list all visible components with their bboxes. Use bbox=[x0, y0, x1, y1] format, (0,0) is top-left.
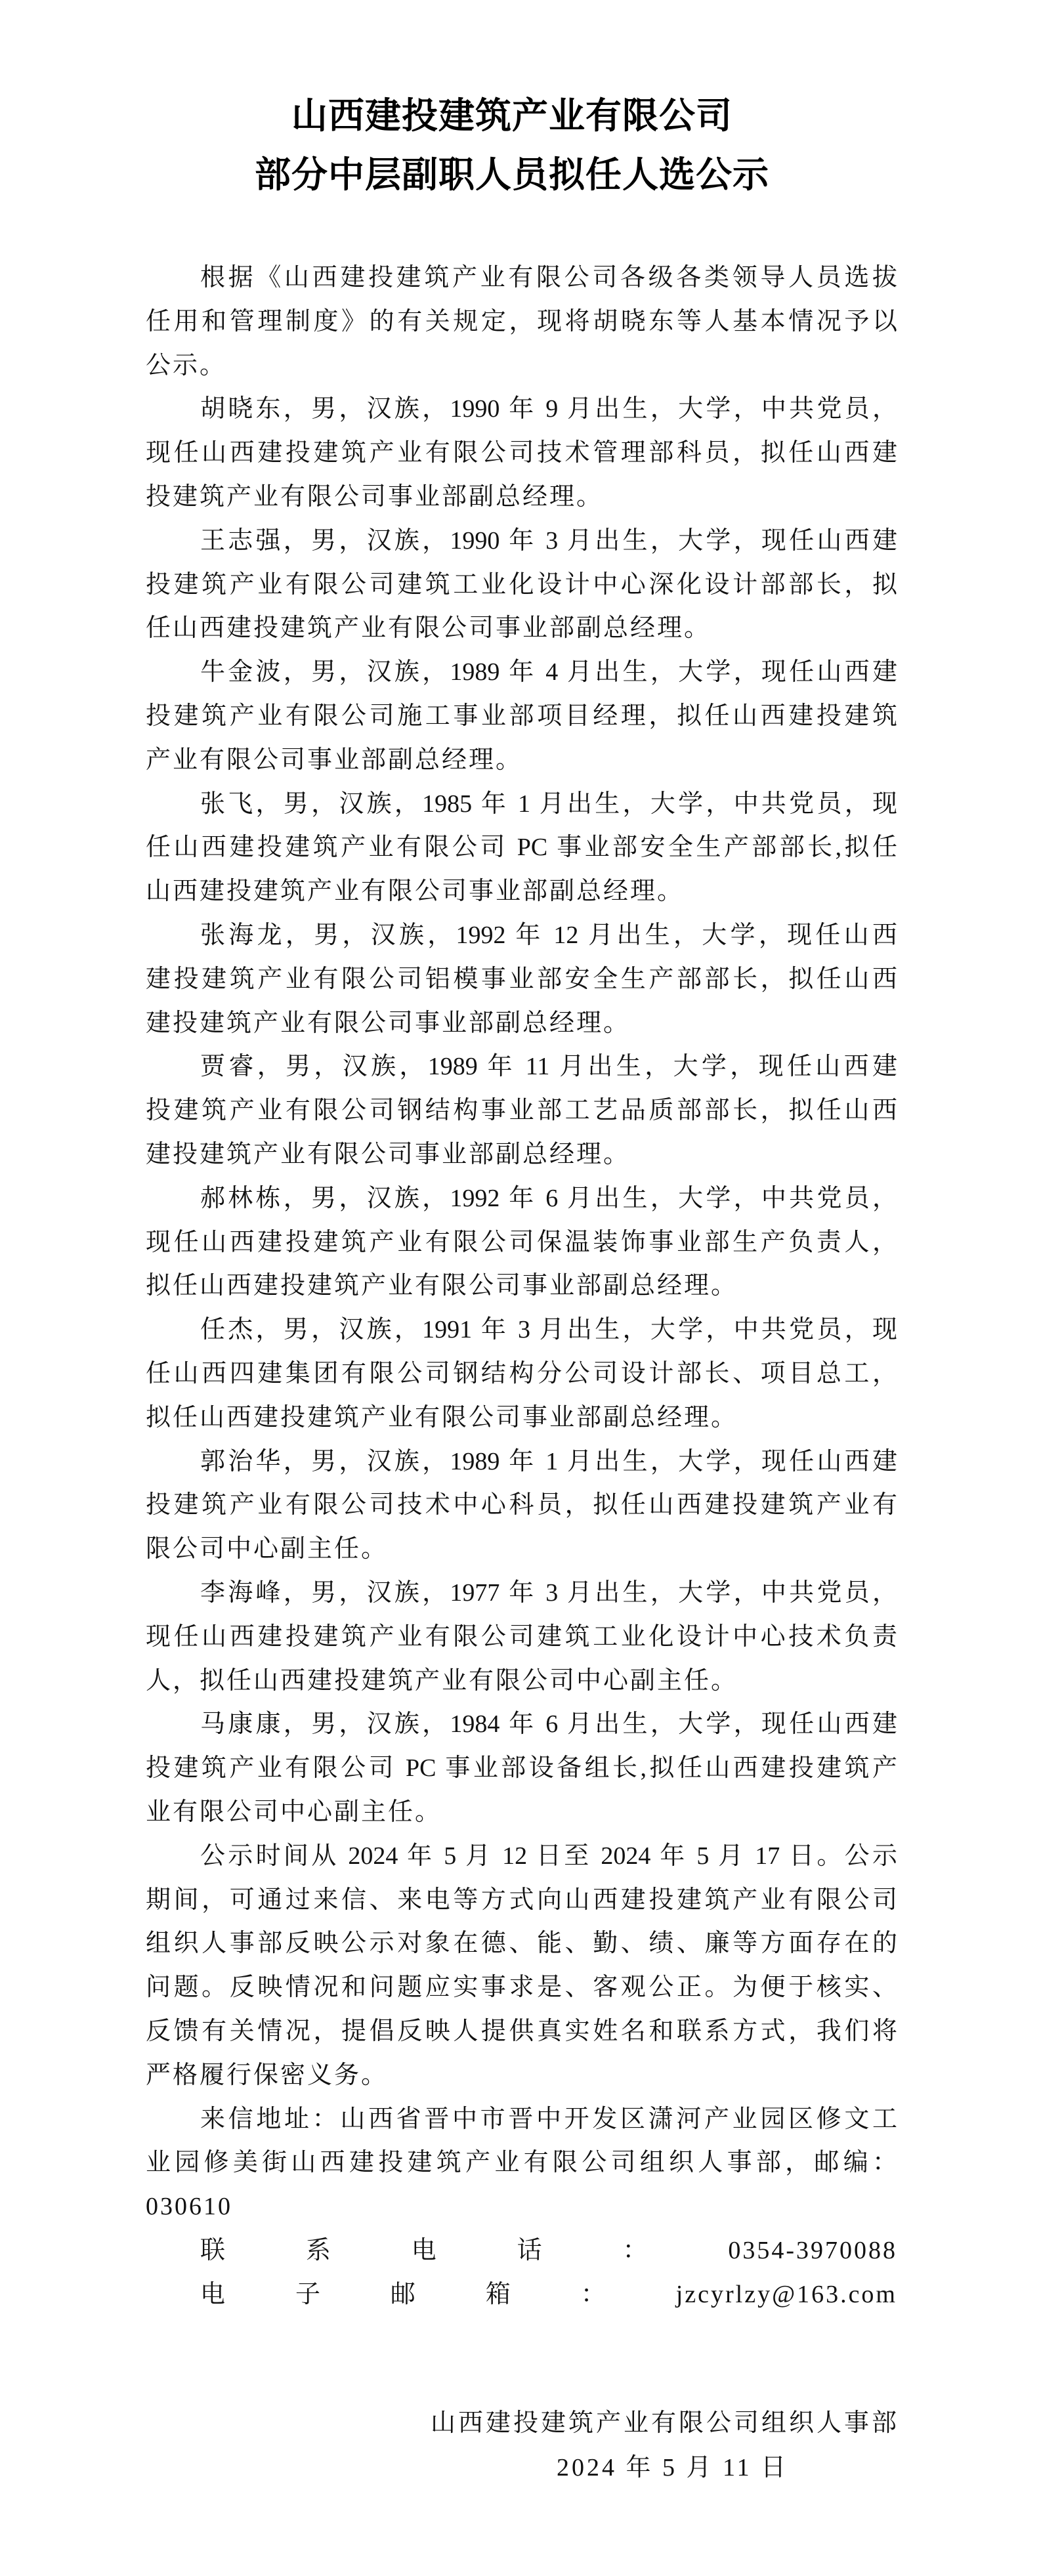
body-line: 投建筑产业有限公司钢结构事业部工艺品质部部长，拟任山西 bbox=[146, 1096, 897, 1125]
body-line: 反馈有关情况，提倡反映人提供真实姓名和联系方式，我们将 bbox=[146, 2017, 897, 2046]
body-line: 任山西建投建筑产业有限公司 PC 事业部安全生产部部长,拟任 bbox=[146, 833, 897, 862]
body-line: 现任山西建投建筑产业有限公司技术管理部科员，拟任山西建 bbox=[146, 438, 897, 467]
body-line: 公示。 bbox=[146, 351, 897, 380]
body-line: 公示时间从 2024 年 5 月 12 日至 2024 年 5 月 17 日。公… bbox=[200, 1842, 897, 1870]
body-line: 电子邮箱：jzcyrlzy@163.com bbox=[200, 2280, 897, 2309]
body-line: 任杰，男，汉族，1991 年 3 月出生，大学，中共党员，现 bbox=[200, 1315, 897, 1344]
body-line: 建投建筑产业有限公司铝模事业部安全生产部部长，拟任山西 bbox=[146, 965, 897, 994]
title-line-2: 部分中层副职人员拟任人选公示 bbox=[0, 155, 1024, 194]
body-line: 郝林栋，男，汉族，1992 年 6 月出生，大学，中共党员， bbox=[200, 1184, 897, 1213]
body-line: 产业有限公司事业部副总经理。 bbox=[146, 746, 897, 774]
body-line: 限公司中心副主任。 bbox=[146, 1534, 897, 1563]
body-line: 现任山西建投建筑产业有限公司保温装饰事业部生产负责人， bbox=[146, 1228, 897, 1257]
body-line: 马康康，男，汉族，1984 年 6 月出生，大学，现任山西建 bbox=[200, 1710, 897, 1739]
body-line: 任用和管理制度》的有关规定，现将胡晓东等人基本情况予以 bbox=[146, 307, 897, 336]
body-line: 山西建投建筑产业有限公司事业部副总经理。 bbox=[146, 877, 897, 906]
body-line: 问题。反映情况和问题应实事求是、客观公正。为便于核实、 bbox=[146, 1973, 897, 2002]
body-line: 来信地址：山西省晋中市晋中开发区潇河产业园区修文工 bbox=[200, 2105, 897, 2134]
body-line: 现任山西建投建筑产业有限公司建筑工业化设计中心技术负责 bbox=[146, 1622, 897, 1651]
body-line: 拟任山西建投建筑产业有限公司事业部副总经理。 bbox=[146, 1403, 897, 1432]
body-line: 牛金波，男，汉族，1989 年 4 月出生，大学，现任山西建 bbox=[200, 658, 897, 686]
body-line: 人，拟任山西建投建筑产业有限公司中心副主任。 bbox=[146, 1666, 897, 1695]
body-line: 投建筑产业有限公司事业部副总经理。 bbox=[146, 482, 897, 511]
title-line-1: 山西建投建筑产业有限公司 bbox=[0, 96, 1024, 135]
body-line: 投建筑产业有限公司技术中心科员，拟任山西建投建筑产业有 bbox=[146, 1490, 897, 1519]
body-line: 期间，可通过来信、来电等方式向山西建投建筑产业有限公司 bbox=[146, 1886, 897, 1914]
body-line: 业有限公司中心副主任。 bbox=[146, 1798, 897, 1826]
body-line: 李海峰，男，汉族，1977 年 3 月出生，大学，中共党员， bbox=[200, 1578, 897, 1607]
body-line: 严格履行保密义务。 bbox=[146, 2061, 897, 2090]
body-line: 030610 bbox=[146, 2192, 897, 2221]
body-line: 建投建筑产业有限公司事业部副总经理。 bbox=[146, 1140, 897, 1169]
body-line: 贾睿，男，汉族，1989 年 11 月出生，大学，现任山西建 bbox=[200, 1052, 897, 1081]
body-line: 张飞，男，汉族，1985 年 1 月出生，大学，中共党员，现 bbox=[200, 790, 897, 818]
body-line: 业园修美街山西建投建筑产业有限公司组织人事部，邮编： bbox=[146, 2148, 897, 2177]
body-line: 郭治华，男，汉族，1989 年 1 月出生，大学，现任山西建 bbox=[200, 1447, 897, 1476]
body-line: 根据《山西建投建筑产业有限公司各级各类领导人员选拔 bbox=[200, 263, 897, 292]
body-line: 王志强，男，汉族，1990 年 3 月出生，大学，现任山西建 bbox=[200, 526, 897, 555]
body-line: 任山西建投建筑产业有限公司事业部副总经理。 bbox=[146, 614, 897, 643]
body-line: 拟任山西建投建筑产业有限公司事业部副总经理。 bbox=[146, 1271, 897, 1300]
body-line: 组织人事部反映公示对象在德、能、勤、绩、廉等方面存在的 bbox=[146, 1929, 897, 1958]
body-line: 联系电话：0354-3970088 bbox=[200, 2236, 897, 2265]
body-line: 建投建筑产业有限公司事业部副总经理。 bbox=[146, 1009, 897, 1038]
body-line: 投建筑产业有限公司建筑工业化设计中心深化设计部部长，拟 bbox=[146, 570, 897, 599]
body-line: 投建筑产业有限公司施工事业部项目经理，拟任山西建投建筑 bbox=[146, 702, 897, 730]
body-line: 胡晓东，男，汉族，1990 年 9 月出生，大学，中共党员， bbox=[200, 394, 897, 423]
signature-organization: 山西建投建筑产业有限公司组织人事部 bbox=[425, 2409, 904, 2438]
body-line: 投建筑产业有限公司 PC 事业部设备组长,拟任山西建投建筑产 bbox=[146, 1754, 897, 1783]
body-line: 张海龙，男，汉族，1992 年 12 月出生，大学，现任山西 bbox=[200, 921, 897, 950]
signature-date: 2024 年 5 月 11 日 bbox=[557, 2453, 786, 2482]
body-line: 任山西四建集团有限公司钢结构分公司设计部长、项目总工， bbox=[146, 1359, 897, 1388]
